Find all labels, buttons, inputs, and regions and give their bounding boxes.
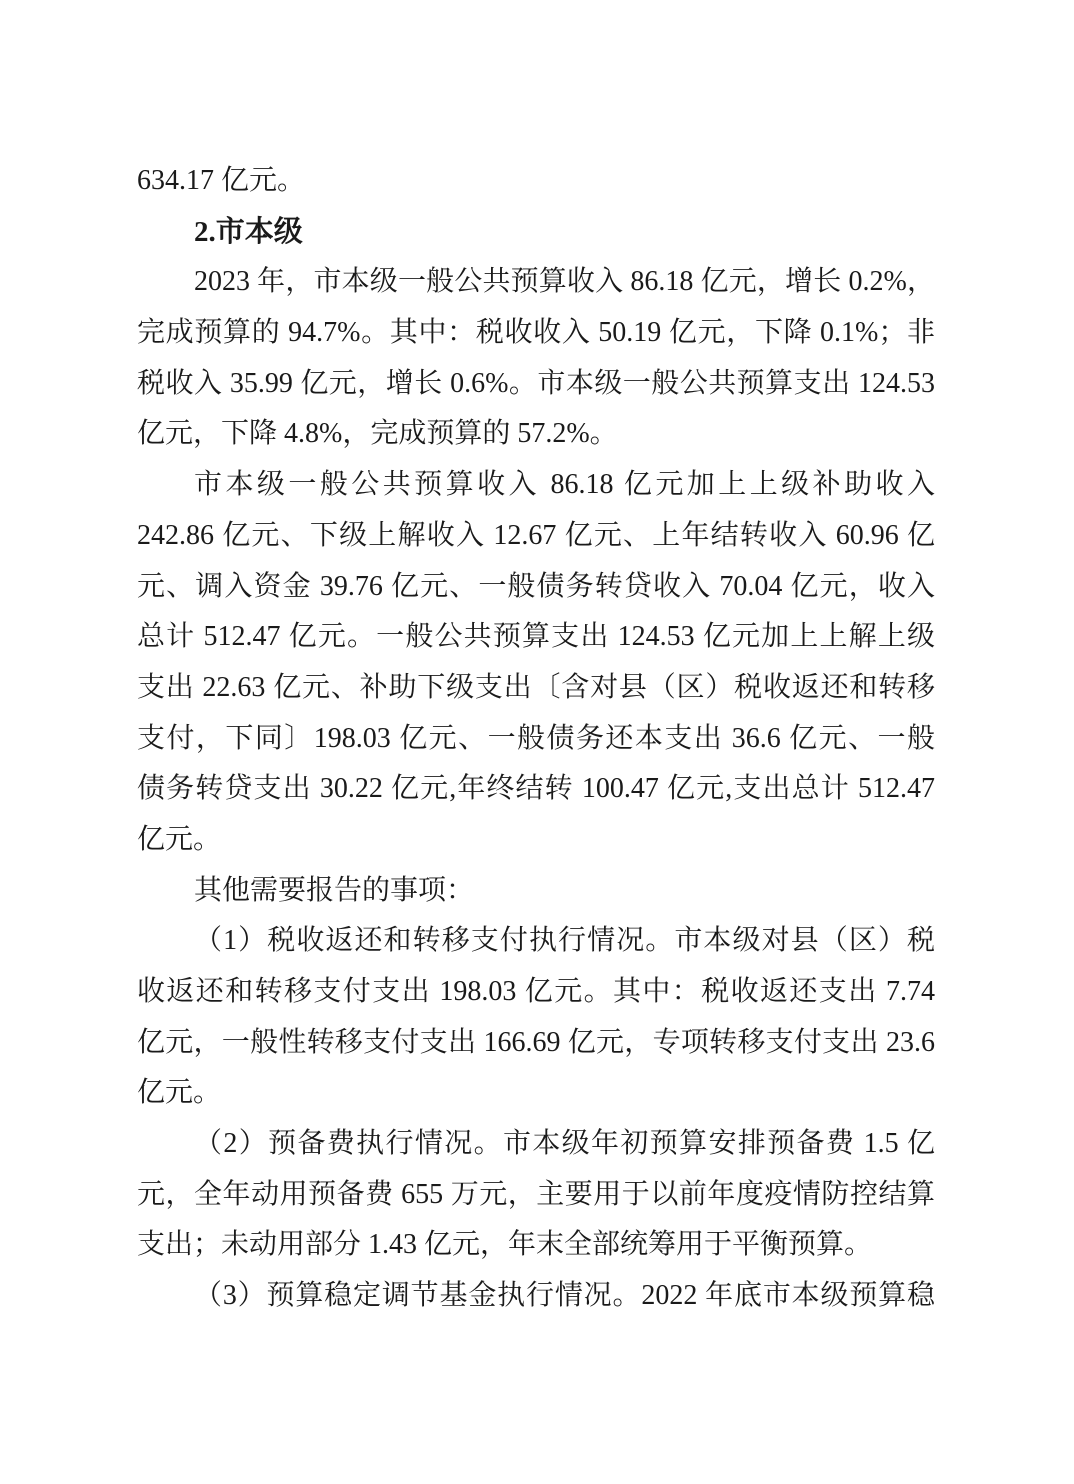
text-line: 支出；未动用部分 1.43 亿元，年末全部统筹用于平衡预算。 — [137, 1220, 935, 1271]
text-line: 元，全年动用预备费 655 万元，主要用于以前年度疫情防控结算 — [137, 1170, 935, 1221]
text-line: 市本级一般公共预算收入 86.18 亿元加上上级补助收入 — [137, 460, 935, 511]
text-line: 元、调入资金 39.76 亿元、一般债务转贷收入 70.04 亿元，收入 — [137, 562, 935, 613]
text-line: 债务转贷支出 30.22 亿元,年终结转 100.47 亿元,支出总计 512.… — [137, 764, 935, 815]
text-line: 支付，下同〕198.03 亿元、一般债务还本支出 36.6 亿元、一般 — [137, 714, 935, 765]
text-line: 242.86 亿元、下级上解收入 12.67 亿元、上年结转收入 60.96 亿 — [137, 511, 935, 562]
text-line: （2）预备费执行情况。市本级年初预算安排预备费 1.5 亿 — [137, 1119, 935, 1170]
text-line: 亿元。 — [137, 815, 935, 866]
text-line: 2023 年，市本级一般公共预算收入 86.18 亿元，增长 0.2%， — [137, 257, 935, 308]
text-line: 收返还和转移支付支出 198.03 亿元。其中：税收返还支出 7.74 — [137, 967, 935, 1018]
text-line: 完成预算的 94.7%。其中：税收收入 50.19 亿元，下降 0.1%；非 — [137, 308, 935, 359]
text-line: 634.17 亿元。 — [137, 156, 935, 207]
text-block: 634.17 亿元。2.市本级2023 年，市本级一般公共预算收入 86.18 … — [137, 156, 935, 1322]
text-line: （3）预算稳定调节基金执行情况。2022 年底市本级预算稳 — [137, 1271, 935, 1322]
text-line: （1）税收返还和转移支付执行情况。市本级对县（区）税 — [137, 916, 935, 967]
text-line: 支出 22.63 亿元、补助下级支出〔含对县（区）税收返还和转移 — [137, 663, 935, 714]
section-heading: 2.市本级 — [137, 207, 935, 258]
text-line: 其他需要报告的事项： — [137, 866, 935, 917]
text-line: 亿元，下降 4.8%，完成预算的 57.2%。 — [137, 409, 935, 460]
text-line: 总计 512.47 亿元。一般公共预算支出 124.53 亿元加上上解上级 — [137, 612, 935, 663]
document-page: 634.17 亿元。2.市本级2023 年，市本级一般公共预算收入 86.18 … — [0, 0, 1074, 1484]
text-line: 税收入 35.99 亿元，增长 0.6%。市本级一般公共预算支出 124.53 — [137, 359, 935, 410]
text-line: 亿元，一般性转移支付支出 166.69 亿元，专项转移支付支出 23.6 — [137, 1018, 935, 1069]
text-line: 亿元。 — [137, 1068, 935, 1119]
